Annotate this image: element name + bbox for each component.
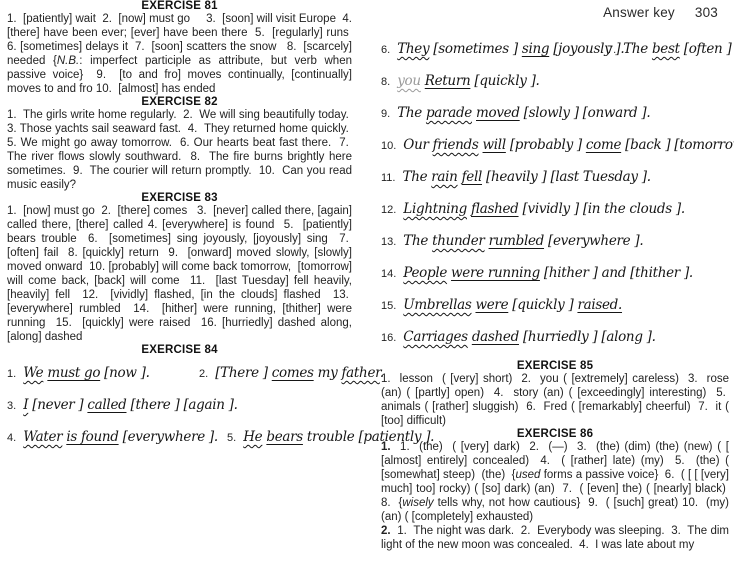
item-number: 5. xyxy=(227,432,236,444)
script-row: 12.Lightning flashed [vividly ] [in the … xyxy=(381,200,729,219)
exercise-85-answers: 1. lesson ( [very] short) 2. you ( [extr… xyxy=(381,372,729,428)
item-sentence: I [never ] called [there ] [again ]. xyxy=(23,397,237,413)
item-sentence: Lightning flashed [vividly ] [in the clo… xyxy=(403,201,685,217)
item-number: 1. xyxy=(7,368,16,380)
item-sentence: People were running [hither ] and [thith… xyxy=(403,265,693,281)
ex84-item-3: 3.I [never ] called [there ] [again ]. xyxy=(7,396,238,415)
script-row: 8.you Return [quickly ]. xyxy=(381,72,729,91)
item-number: 15. xyxy=(381,300,396,312)
ex84-item-13: 13.The thunder rumbled [everywhere ]. xyxy=(381,232,643,251)
script-row: 1.We must go [now ]. 2.[There ] comes my… xyxy=(7,364,352,383)
item-sentence: We must go [now ]. xyxy=(23,365,149,381)
exercise-86-heading: EXERCISE 86 xyxy=(381,428,729,440)
ex84-item-15: 15.Umbrellas were [quickly ] raised. xyxy=(381,296,622,315)
item-number: 16. xyxy=(381,332,396,344)
ex84-item-12: 12.Lightning flashed [vividly ] [in the … xyxy=(381,200,685,219)
exercise-86-answers-part1: 1. 1. (the) ( [very] dark) 2. (—) 3. (th… xyxy=(381,440,729,524)
item-sentence: Umbrellas were [quickly ] raised. xyxy=(403,297,622,313)
exercise-85-heading: EXERCISE 85 xyxy=(381,360,729,372)
script-row: 13.The thunder rumbled [everywhere ]. xyxy=(381,232,729,251)
ex84-item-7: 7.The best [often ] fail. xyxy=(607,40,734,59)
item-sentence: The parade moved [slowly ] [onward ]. xyxy=(397,105,650,121)
item-sentence: you Return [quickly ]. xyxy=(397,73,539,89)
item-number: 11. xyxy=(381,172,395,184)
item-sentence: [There ] comes my father. xyxy=(215,365,384,381)
item-number: 13. xyxy=(381,236,396,248)
item-sentence: Carriages dashed [hurriedly ] [along ]. xyxy=(403,329,655,345)
ex84-item-2: 2.[There ] comes my father. xyxy=(199,364,384,383)
ex84-item-1: 1.We must go [now ]. xyxy=(7,364,199,383)
item-number: 3. xyxy=(7,400,16,412)
item-sentence: Water is found [everywhere ]. xyxy=(23,429,218,445)
script-row: 14.People were running [hither ] and [th… xyxy=(381,264,729,283)
ex84-item-11: 11.The rain fell [heavily ] [last Tuesda… xyxy=(381,168,651,187)
ex84-item-16: 16.Carriages dashed [hurriedly ] [along … xyxy=(381,328,656,347)
item-number: 2. xyxy=(199,368,208,380)
left-column: EXERCISE 81 1. [patiently] wait 2. [now]… xyxy=(7,0,352,460)
ex84-item-8: 8.you Return [quickly ]. xyxy=(381,72,540,91)
item-number: 14. xyxy=(381,268,396,280)
item-number: 6. xyxy=(381,44,390,56)
exercise-84-heading: EXERCISE 84 xyxy=(7,344,352,356)
item-number: 7. xyxy=(607,44,616,56)
item-number: 9. xyxy=(381,108,390,120)
item-sentence: The thunder rumbled [everywhere ]. xyxy=(403,233,643,249)
ex84-item-9: 9.The parade moved [slowly ] [onward ]. xyxy=(381,104,650,123)
answer-key-page: Answer key303 EXERCISE 81 1. [patiently]… xyxy=(0,0,734,568)
item-number: 12. xyxy=(381,204,396,216)
exercise-86-answers-part2: 2. 1. The night was dark. 2. Everybody w… xyxy=(381,524,729,552)
ex84-item-10: 10.Our friends will [probably ] come [ba… xyxy=(381,136,734,155)
script-row: 3.I [never ] called [there ] [again ]. xyxy=(7,396,352,415)
right-column: 6.They [sometimes ] sing [joyously ]. 7.… xyxy=(381,0,729,552)
exercise-82-heading: EXERCISE 82 xyxy=(7,96,352,108)
item-sentence: They [sometimes ] sing [joyously ]. xyxy=(397,41,624,57)
item-number: 4. xyxy=(7,432,16,444)
exercise-84-answers: 1.We must go [now ]. 2.[There ] comes my… xyxy=(7,364,352,447)
script-row: 11.The rain fell [heavily ] [last Tuesda… xyxy=(381,168,729,187)
ex84-item-6: 6.They [sometimes ] sing [joyously ]. xyxy=(381,40,607,59)
item-number: 8. xyxy=(381,76,390,88)
item-number: 10. xyxy=(381,140,396,152)
script-row: 4.Water is found [everywhere ]. 5.He bea… xyxy=(7,428,352,447)
script-row: 9.The parade moved [slowly ] [onward ]. xyxy=(381,104,729,123)
exercise-81-heading: EXERCISE 81 xyxy=(7,0,352,12)
item-sentence: The rain fell [heavily ] [last Tuesday ]… xyxy=(402,169,650,185)
exercise-81-answers: 1. [patiently] wait 2. [now] must go 3. … xyxy=(7,12,352,96)
script-row: 15.Umbrellas were [quickly ] raised. xyxy=(381,296,729,315)
exercise-84-answers-continued: 6.They [sometimes ] sing [joyously ]. 7.… xyxy=(381,40,729,347)
script-row: 16.Carriages dashed [hurriedly ] [along … xyxy=(381,328,729,347)
ex84-item-14: 14.People were running [hither ] and [th… xyxy=(381,264,693,283)
exercise-83-answers: 1. [now] must go 2. [there] comes 3. [ne… xyxy=(7,204,352,344)
ex84-item-4: 4.Water is found [everywhere ]. xyxy=(7,428,227,447)
script-row: 10.Our friends will [probably ] come [ba… xyxy=(381,136,729,155)
script-row: 6.They [sometimes ] sing [joyously ]. 7.… xyxy=(381,40,729,59)
exercise-82-answers: 1. The girls write home regularly. 2. We… xyxy=(7,108,352,192)
item-sentence: The best [often ] fail. xyxy=(623,41,734,57)
item-sentence: Our friends will [probably ] come [back … xyxy=(403,137,734,153)
exercise-83-heading: EXERCISE 83 xyxy=(7,192,352,204)
